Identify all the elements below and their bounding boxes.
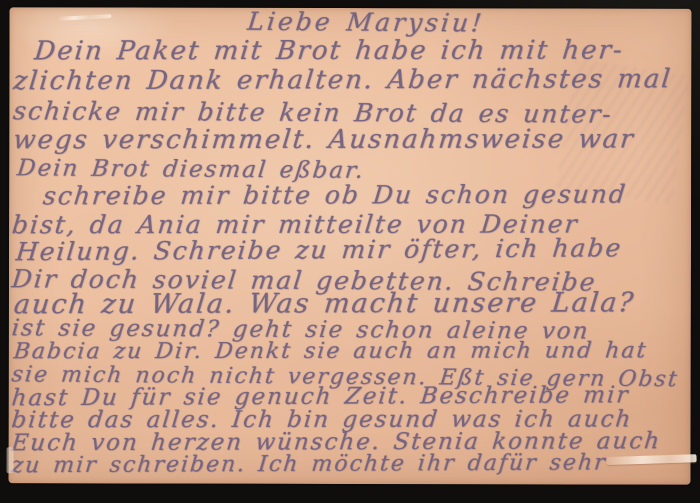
scratch-mark-bottom-right: [606, 454, 696, 465]
handwritten-line-6: schreibe mir bitte ob Du schon gesund: [42, 182, 628, 210]
handwritten-line-4: wegs verschimmelt. Ausnahmsweise war: [12, 126, 636, 154]
photo-background: Liebe Marysiu! Dein Paket mit Brot habe …: [0, 0, 700, 503]
handwritten-line-2: zlichten Dank erhalten. Aber nächstes ma…: [12, 66, 673, 95]
handwritten-line-8: Heilung. Schreibe zu mir öfter, ich habe: [15, 235, 624, 265]
handwritten-line-12: Babcia zu Dir. Denkt sie auch an mich un…: [13, 339, 649, 363]
postcard: Liebe Marysiu! Dein Paket mit Brot habe …: [9, 7, 692, 484]
handwritten-line-17: zu mir schreiben. Ich möchte ihr dafür s…: [10, 451, 607, 477]
handwritten-line-3: schicke mir bitte kein Brot da es unter-: [12, 98, 614, 128]
handwritten-line-5: Dein Brot diesmal eßbar.: [16, 156, 366, 183]
scratch-mark-top-left: [57, 14, 111, 21]
salutation-line: Liebe Marysiu!: [246, 9, 486, 37]
handwritten-line-1: Dein Paket mit Brot habe ich mit her-: [33, 38, 625, 66]
scratch-mark-left-edge: [7, 447, 14, 473]
